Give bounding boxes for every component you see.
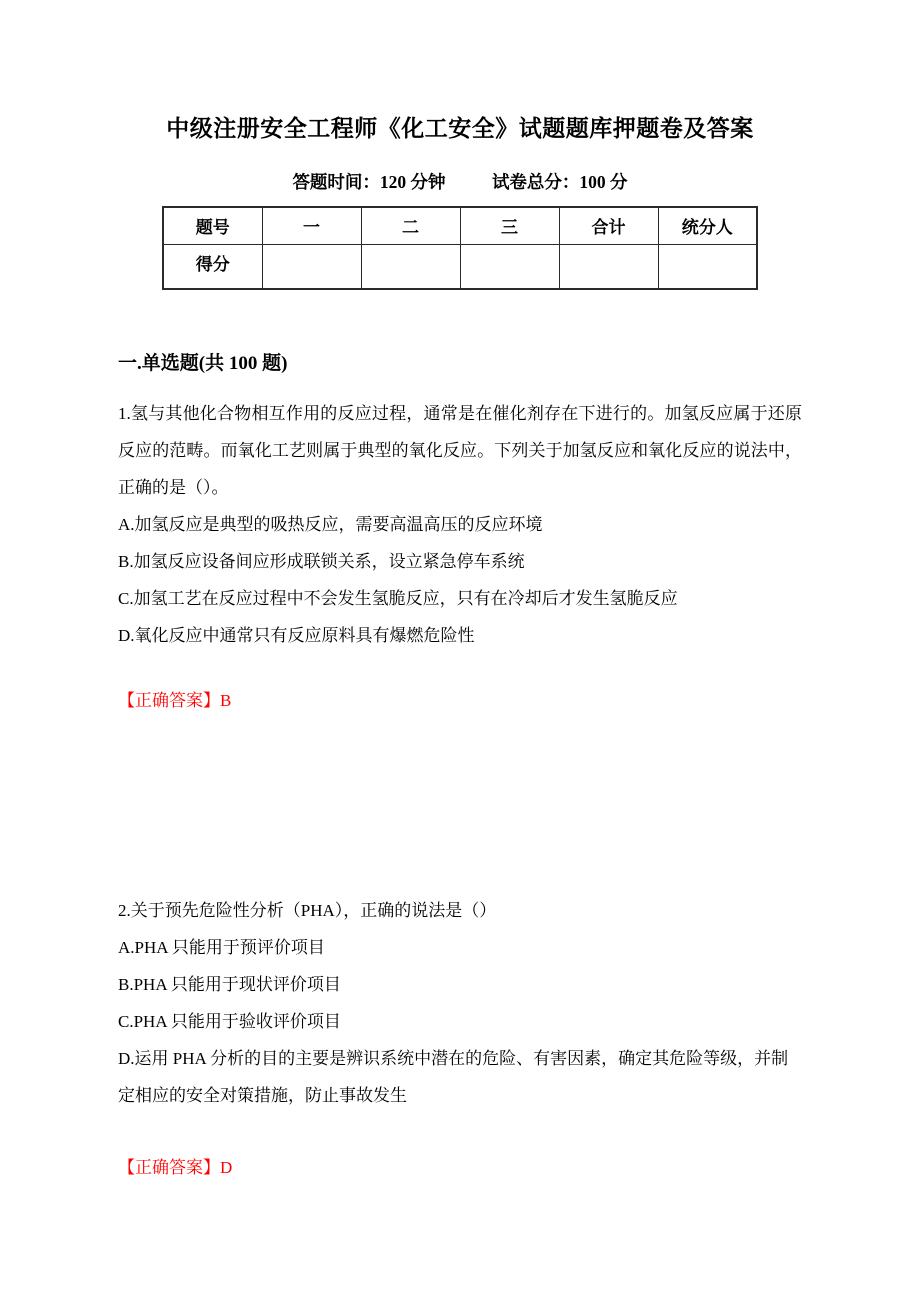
question-2-answer-label: 【正确答案】	[118, 1158, 220, 1177]
question-1-stem: 1.氢与其他化合物相互作用的反应过程，通常是在催化剂存在下进行的。加氢反应属于还…	[118, 395, 802, 506]
score-table-header-two: 二	[361, 207, 460, 245]
question-2-option-a: A.PHA 只能用于预评价项目	[118, 929, 802, 966]
score-table-empty-cell	[559, 245, 658, 289]
question-1-option-b: B.加氢反应设备间应形成联锁关系，设立紧急停车系统	[118, 543, 802, 580]
score-table-score-row: 得分	[163, 245, 757, 289]
score-table-empty-cell	[361, 245, 460, 289]
document-body: 一.单选题(共 100 题) 1.氢与其他化合物相互作用的反应过程，通常是在催化…	[0, 348, 920, 1186]
exam-total-score-label: 试卷总分：100 分	[492, 172, 628, 192]
question-2: 2.关于预先危险性分析（PHA），正确的说法是（） A.PHA 只能用于预评价项…	[118, 892, 802, 1114]
question-1-option-a: A.加氢反应是典型的吸热反应，需要高温高压的反应环境	[118, 506, 802, 543]
question-2-option-d: D.运用 PHA 分析的目的主要是辨识系统中潜在的危险、有害因素，确定其危险等级…	[118, 1040, 802, 1114]
question-1-option-d: D.氧化反应中通常只有反应原料具有爆燃危险性	[118, 617, 802, 654]
score-table-header-row: 题号 一 二 三 合计 统分人	[163, 207, 757, 245]
score-table-row-label: 得分	[163, 245, 262, 289]
question-2-option-c: C.PHA 只能用于验收评价项目	[118, 1003, 802, 1040]
question-2-answer-line: 【正确答案】D	[118, 1149, 802, 1186]
exam-meta-line: 答题时间：120 分钟 试卷总分：100 分	[0, 169, 920, 194]
question-2-stem: 2.关于预先危险性分析（PHA），正确的说法是（）	[118, 892, 802, 929]
question-1: 1.氢与其他化合物相互作用的反应过程，通常是在催化剂存在下进行的。加氢反应属于还…	[118, 395, 802, 654]
score-table-header-total: 合计	[559, 207, 658, 245]
page-title: 中级注册安全工程师《化工安全》试题题库押题卷及答案	[0, 0, 920, 147]
exam-document-page: 中级注册安全工程师《化工安全》试题题库押题卷及答案 答题时间：120 分钟 试卷…	[0, 0, 920, 1302]
score-table-empty-cell	[460, 245, 559, 289]
score-table-header-scorer: 统分人	[658, 207, 757, 245]
score-table-header-three: 三	[460, 207, 559, 245]
score-table-header-question-number: 题号	[163, 207, 262, 245]
section-heading-single-choice: 一.单选题(共 100 题)	[118, 348, 802, 375]
question-1-answer-label: 【正确答案】	[118, 691, 220, 710]
question-2-option-b: B.PHA 只能用于现状评价项目	[118, 966, 802, 1003]
question-1-answer-value: B	[220, 691, 231, 710]
score-table-header-one: 一	[262, 207, 361, 245]
score-table: 题号 一 二 三 合计 统分人 得分	[162, 206, 758, 290]
score-table-empty-cell	[658, 245, 757, 289]
question-1-answer-line: 【正确答案】B	[118, 682, 802, 719]
question-1-option-c: C.加氢工艺在反应过程中不会发生氢脆反应，只有在冷却后才发生氢脆反应	[118, 580, 802, 617]
question-2-answer-value: D	[220, 1158, 232, 1177]
exam-time-label: 答题时间：120 分钟	[292, 172, 445, 192]
score-table-empty-cell	[262, 245, 361, 289]
